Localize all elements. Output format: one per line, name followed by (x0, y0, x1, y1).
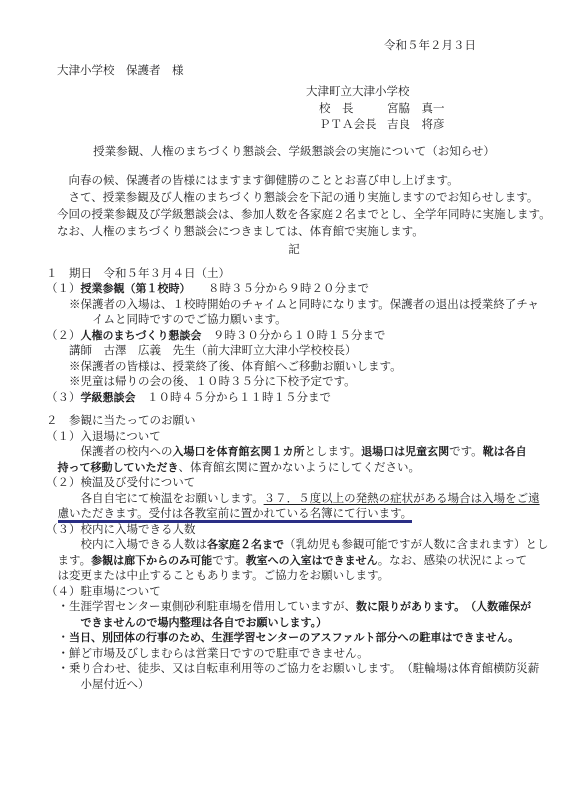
sender-role-label: 校 長 (319, 101, 387, 118)
text-run: （１）入退場について (46, 431, 161, 443)
text-run (46, 617, 81, 629)
text-run: （３） (46, 392, 81, 404)
text-run: です。 (449, 446, 483, 458)
doc-line: 講師 古澤 広義 先生（前大津町立大津小学校校長） (46, 344, 542, 360)
text-run: 授業参観（第１校時） (81, 283, 186, 295)
text-run: 退場口は児童玄関 (361, 446, 449, 458)
text-run: です。 (212, 555, 246, 567)
text-run: ・鮮ど市場及びしまむらは営業日ですので駐車できません。 (46, 648, 369, 660)
doc-line: ・乗り合わせ、徒歩、又は自転車利用等のご協力をお願いします。 （駐輪場は体育館横… (46, 662, 542, 678)
text-run: 。なお、感染の状況によって (378, 555, 528, 567)
text-run: ９時３０分から１０時１５分まで (201, 330, 385, 342)
text-run: ・生涯学習センター東側砂利駐車場を借用していますが、 (46, 601, 356, 613)
text-run: 人権のまちづくり懇談会 (81, 330, 202, 342)
doc-line: 小屋付近へ） (46, 678, 542, 694)
doc-line: （１）入退場について (46, 430, 542, 446)
recipient: 大津小学校 保護者 様 (57, 63, 542, 79)
text-run: 学級懇談会 (81, 392, 136, 404)
doc-line: （３）校内に入場できる人数 (46, 523, 542, 539)
text-run: とします。 (305, 446, 362, 458)
doc-line: ※保護者の皆様は、授業終了後、体育館へご移動お願いします。 (46, 360, 542, 376)
doc-line: ・当日、別団体の行事のため、生涯学習センターのアスファルト部分への駐車はできませ… (46, 631, 542, 647)
text-run: できませんので場内整理は各自でお願いします。） (81, 617, 328, 629)
document-section: １ 期日 令和５年３月４日（土）（１）授業参観（第１校時） ８時３５分から９時２… (46, 267, 542, 407)
sender-organization: 大津町立大津小学校 (306, 84, 542, 101)
text-run: ※保護者の皆様は、授業終了後、体育館へご移動お願いします。 (46, 361, 402, 373)
doc-line: （４）駐車場について (46, 585, 542, 601)
doc-line: 各自自宅にて検温をお願いします。３７．５度以上の発熱の症状がある場合は入場をご遠 (46, 492, 542, 508)
doc-line: できませんので場内整理は各自でお願いします。） (46, 616, 542, 632)
text-run: （１） (46, 283, 81, 295)
text-run: １ 期日 令和５年３月４日（土） (46, 268, 230, 280)
text-run: １０時４５分から１１時１５分まで (136, 392, 332, 404)
doc-line: 持って移動していただき、体育館玄関に置かないようにしてください。 (46, 461, 542, 477)
doc-line: ・生涯学習センター東側砂利駐車場を借用していますが、数に限りがあります。 （人数… (46, 600, 542, 616)
doc-line: （１）授業参観（第１校時） ８時３５分から９時２０分まで (46, 282, 542, 298)
text-run: 小屋付近へ） (46, 679, 150, 691)
text-run: ・乗り合わせ、徒歩、又は自転車利用等のご協力をお願いします。 （駐輪場は体育館横… (46, 663, 539, 675)
text-run: ３７．５度以上の発熱の症状がある場合は入場をご遠 (264, 493, 540, 505)
text-run: 数に限りがあります。 （人数確保が (356, 601, 531, 613)
doc-line: （３）学級懇談会 １０時４５分から１１時１５分まで (46, 391, 542, 407)
sender-name: 吉良 将彦 (387, 119, 445, 131)
sender-role-label: ＰＴＡ会長 (319, 117, 387, 134)
text-run: （３）校内に入場できる人数 (46, 524, 196, 536)
text-run: 入場口を体育館玄関１カ所 (173, 446, 305, 458)
text-run: イムと同時ですのでご協力願います。 (46, 314, 287, 326)
text-run: 持って移動していただき (58, 462, 179, 474)
text-run: 各自自宅にて検温をお願いします。 (46, 493, 264, 505)
paragraph-line: なお、人権のまちづくり懇談会につきましては、体育館で実施します。 (57, 224, 542, 241)
doc-line: １ 期日 令和５年３月４日（土） (46, 267, 542, 283)
text-run: （乳幼児も参観可能ですが人数に含まれます）とし (284, 539, 549, 551)
doc-line: （２）検温及び受付について (46, 476, 542, 492)
text-run: ※保護者の入場は、１校時開始のチャイムと同時になります。保護者の退出は授業終了チ… (46, 299, 539, 311)
paragraph-line: 今回の授業参観及び学級懇談会は、参加人数を各家庭２名までとし、全学年同時に実施し… (57, 207, 542, 224)
text-run: 教室への入室はできません (246, 555, 378, 567)
paragraph-line: 向春の候、保護者の皆様にはますます御健勝のこととお喜び申し上げます。 (57, 173, 542, 190)
doc-line: は変更または中止することもあります。ご協力をお願いします。 (46, 569, 542, 585)
text-run: （４）駐車場について (46, 586, 161, 598)
text-run: 、体育館玄関に置かないようにしてください。 (179, 462, 421, 474)
text-run: ます。 (46, 555, 91, 567)
doc-line: ・鮮ど市場及びしまむらは営業日ですので駐車できません。 (46, 647, 542, 663)
text-run (46, 508, 58, 520)
text-run (46, 462, 58, 474)
text-run: 参観は廊下からのみ可能 (91, 555, 212, 567)
sender-line: 校 長宮脇 真一 (306, 101, 542, 118)
doc-line: ２ 参観に当たってのお願い (46, 414, 542, 430)
text-run: 靴は各自 (483, 446, 527, 458)
text-run: 各家庭２名まで (207, 539, 284, 551)
document-section: ２ 参観に当たってのお願い（１）入退場について 保護者の校内への入場口を体育館玄… (46, 414, 542, 693)
doc-line: ※児童は帰りの会の後、１０時３５分に下校予定です。 (46, 375, 542, 391)
sender-name: 宮脇 真一 (387, 103, 445, 115)
text-run: （２）検温及び受付について (46, 477, 195, 489)
text-run: 校内に入場できる人数は (46, 539, 207, 551)
text-run: 保護者の校内への (46, 446, 173, 458)
doc-line: 慮いただきます。受付は各教室前に置かれている名簿にて行います。 (46, 507, 542, 523)
text-run: ８時３５分から９時２０分まで (185, 283, 369, 295)
sender-line: ＰＴＡ会長吉良 将彦 (306, 117, 542, 134)
text-run: ※児童は帰りの会の後、１０時３５分に下校予定です。 (46, 376, 356, 388)
text-run: ・ (46, 632, 69, 644)
doc-line: ※保護者の入場は、１校時開始のチャイムと同時になります。保護者の退出は授業終了チ… (46, 298, 542, 314)
text-run: 当日、別団体の行事のため、生涯学習センターのアスファルト部分への駐車はできません… (69, 632, 519, 644)
doc-line: 保護者の校内への入場口を体育館玄関１カ所とします。退場口は児童玄関です。靴は各自 (46, 445, 542, 461)
record-marker: 記 (46, 242, 542, 259)
text-run: ２ 参観に当たってのお願い (46, 415, 196, 427)
paragraph-line: さて、授業参観及び人権のまちづくり懇談会を下記の通り実施しますのでお知らせします… (57, 190, 542, 207)
doc-line: 校内に入場できる人数は各家庭２名まで（乳幼児も参観可能ですが人数に含まれます）と… (46, 538, 542, 554)
sender-block: 大津町立大津小学校 校 長宮脇 真一ＰＴＡ会長吉良 将彦 (306, 84, 542, 134)
document-title: 授業参観、人権のまちづくり懇談会、学級懇談会の実施について（お知らせ） (46, 144, 542, 160)
doc-line: （２）人権のまちづくり懇談会 ９時３０分から１０時１５分まで (46, 329, 542, 345)
text-run: （２） (46, 330, 81, 342)
text-run: は変更または中止することもあります。ご協力をお願いします。 (46, 570, 389, 582)
sections: １ 期日 令和５年３月４日（土）（１）授業参観（第１校時） ８時３５分から９時２… (46, 267, 542, 694)
document-page: 令和５年２月３日 大津小学校 保護者 様 大津町立大津小学校 校 長宮脇 真一Ｐ… (0, 0, 566, 800)
text-run: 慮いただきます。受付は各教室前に置かれている名簿にて行います。 (58, 508, 413, 523)
doc-line: イムと同時ですのでご協力願います。 (46, 313, 542, 329)
sender-lines: 校 長宮脇 真一ＰＴＡ会長吉良 将彦 (306, 101, 542, 134)
document-date: 令和５年２月３日 (46, 38, 542, 54)
greeting-paragraphs: 向春の候、保護者の皆様にはますます御健勝のこととお喜び申し上げます。 さて、授業… (57, 173, 542, 241)
doc-line: ます。参観は廊下からのみ可能です。教室への入室はできません。なお、感染の状況によ… (46, 554, 542, 570)
text-run: 講師 古澤 広義 先生（前大津町立大津小学校校長） (46, 345, 357, 357)
